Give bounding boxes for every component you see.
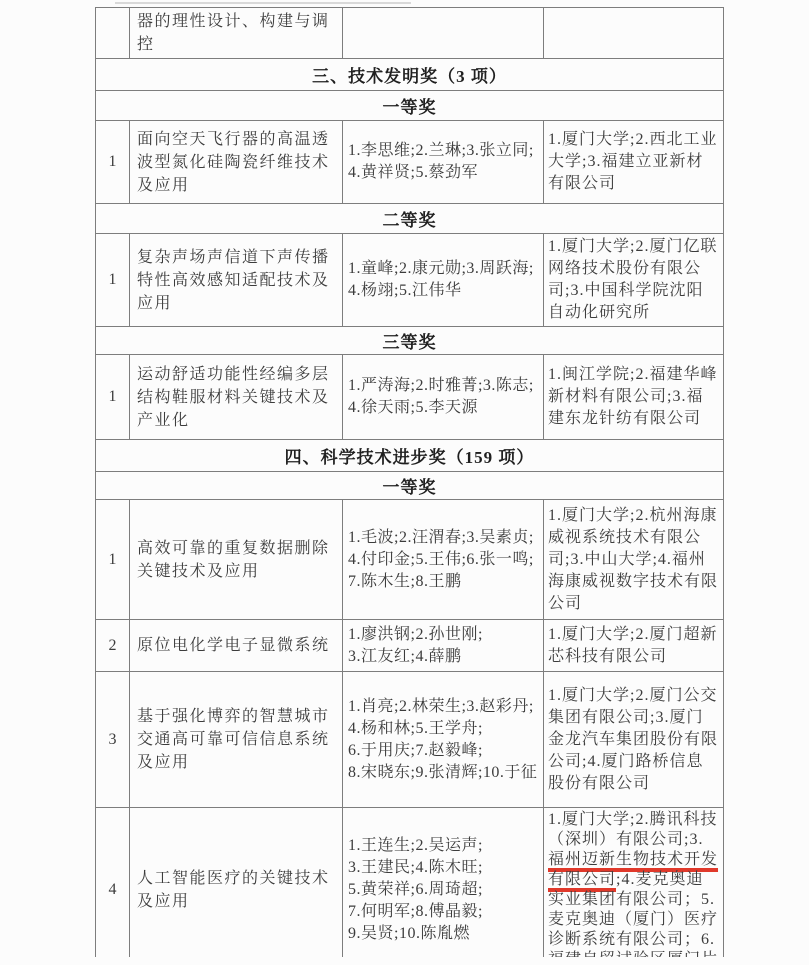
section-header-row: 四、科学技术进步奖（159 项） — [96, 440, 724, 472]
winners-cell: 1.廖洪钢;2.孙世刚; 3.江友红;4.薛鹏 — [343, 620, 544, 672]
project-name-cell: 器的理性设计、构建与调控 — [130, 8, 343, 59]
award-number-cell — [96, 8, 130, 59]
prize-level-row: 一等奖 — [96, 472, 724, 500]
project-name-cell: 复杂声场声信道下声传播特性高效感知适配技术及应用 — [130, 234, 343, 327]
table-row: 1 面向空天飞行器的高温透波型氮化硅陶瓷纤维技术及应用 1.李思维;2.兰琳;3… — [96, 121, 724, 204]
winners-cell: 1.严涛海;2.时雅菁;3.陈志; 4.徐天雨;5.李天源 — [343, 355, 544, 440]
organizations-cell: 1.厦门大学;2.杭州海康威视系统技术有限公司;3.中山大学;4.福州海康威视数… — [544, 500, 724, 620]
organizations-cell: 1.闽江学院;2.福建华峰新材料有限公司;3.福建东龙针纺有限公司 — [544, 355, 724, 440]
table-row: 3 基于强化博弈的智慧城市交通高可靠可信信息系统及应用 1.肖亮;2.林荣生;3… — [96, 672, 724, 808]
scanned-award-document-page: 器的理性设计、构建与调控 三、技术发明奖（3 项） 一等奖 1 面向空天飞行器的… — [0, 0, 809, 965]
project-name-cell: 人工智能医疗的关键技术及应用 — [130, 808, 343, 958]
project-name-cell: 运动舒适功能性经编多层结构鞋服材料关键技术及产业化 — [130, 355, 343, 440]
prize-level-row: 一等奖 — [96, 91, 724, 121]
prize-level-label: 二等奖 — [96, 204, 724, 234]
prize-level-row: 二等奖 — [96, 204, 724, 234]
organizations-cell: 1.厦门大学;2.西北工业大学;3.福建立亚新材有限公司 — [544, 121, 724, 204]
award-number-cell: 3 — [96, 672, 130, 808]
table-row: 1 高效可靠的重复数据删除关键技术及应用 1.毛波;2.汪渭春;3.吴素贞; 4… — [96, 500, 724, 620]
project-name-cell: 面向空天飞行器的高温透波型氮化硅陶瓷纤维技术及应用 — [130, 121, 343, 204]
table-row: 1 运动舒适功能性经编多层结构鞋服材料关键技术及产业化 1.严涛海;2.时雅菁;… — [96, 355, 724, 440]
section-header-title: 三、技术发明奖（3 项） — [96, 59, 724, 91]
winners-cell — [343, 8, 544, 59]
table-row: 1 复杂声场声信道下声传播特性高效感知适配技术及应用 1.童峰;2.康元勋;3.… — [96, 234, 724, 327]
organizations-cell: 1.厦门大学;2.厦门超新芯科技有限公司 — [544, 620, 724, 672]
organizations-cell — [544, 8, 724, 59]
winners-cell: 1.毛波;2.汪渭春;3.吴素贞; 4.付印金;5.王伟;6.张一鸣; 7.陈木… — [343, 500, 544, 620]
award-table: 器的理性设计、构建与调控 三、技术发明奖（3 项） 一等奖 1 面向空天飞行器的… — [95, 7, 724, 957]
prize-level-row: 三等奖 — [96, 327, 724, 355]
winners-cell: 1.肖亮;2.林荣生;3.赵彩丹; 4.杨和林;5.王学舟; 6.于用庆;7.赵… — [343, 672, 544, 808]
project-name-cell: 原位电化学电子显微系统 — [130, 620, 343, 672]
award-table-container: 器的理性设计、构建与调控 三、技术发明奖（3 项） 一等奖 1 面向空天飞行器的… — [95, 7, 725, 957]
section-header-row: 三、技术发明奖（3 项） — [96, 59, 724, 91]
project-name-cell: 高效可靠的重复数据删除关键技术及应用 — [130, 500, 343, 620]
prize-level-label: 一等奖 — [96, 91, 724, 121]
organizations-cell: 1.厦门大学;2.厦门公交集团有限公司;3.厦门金龙汽车集团股份有限公司;4.厦… — [544, 672, 724, 808]
organizations-cell: 1.厦门大学;2.厦门亿联网络技术股份有限公司;3.中国科学院沈阳自动化研究所 — [544, 234, 724, 327]
organizations-cell: 1.厦门大学;2.腾讯科技（深圳）有限公司;3.福州迈新生物技术开发有限公司;4… — [544, 808, 724, 958]
organizations-text-before: 1.厦门大学;2.腾讯科技（深圳）有限公司;3. — [548, 811, 717, 848]
project-name-cell: 基于强化博弈的智慧城市交通高可靠可信信息系统及应用 — [130, 672, 343, 808]
award-number-cell: 4 — [96, 808, 130, 958]
table-row-continuation: 器的理性设计、构建与调控 — [96, 8, 724, 59]
table-row: 4 人工智能医疗的关键技术及应用 1.王连生;2.吴运声; 3.王建民;4.陈木… — [96, 808, 724, 958]
award-number-cell: 1 — [96, 121, 130, 204]
award-number-cell: 1 — [96, 500, 130, 620]
award-number-cell: 1 — [96, 355, 130, 440]
prize-level-label: 一等奖 — [96, 472, 724, 500]
winners-cell: 1.王连生;2.吴运声; 3.王建民;4.陈木旺; 5.黄荣祥;6.周琦超; 7… — [343, 808, 544, 958]
prize-level-label: 三等奖 — [96, 327, 724, 355]
section-header-title: 四、科学技术进步奖（159 项） — [96, 440, 724, 472]
winners-cell: 1.李思维;2.兰琳;3.张立同; 4.黄祥贤;5.蔡劲军 — [343, 121, 544, 204]
table-row: 2 原位电化学电子显微系统 1.廖洪钢;2.孙世刚; 3.江友红;4.薛鹏 1.… — [96, 620, 724, 672]
previous-row-border-remnant — [115, 2, 411, 4]
award-number-cell: 1 — [96, 234, 130, 327]
award-number-cell: 2 — [96, 620, 130, 672]
winners-cell: 1.童峰;2.康元勋;3.周跃海; 4.杨翊;5.江伟华 — [343, 234, 544, 327]
